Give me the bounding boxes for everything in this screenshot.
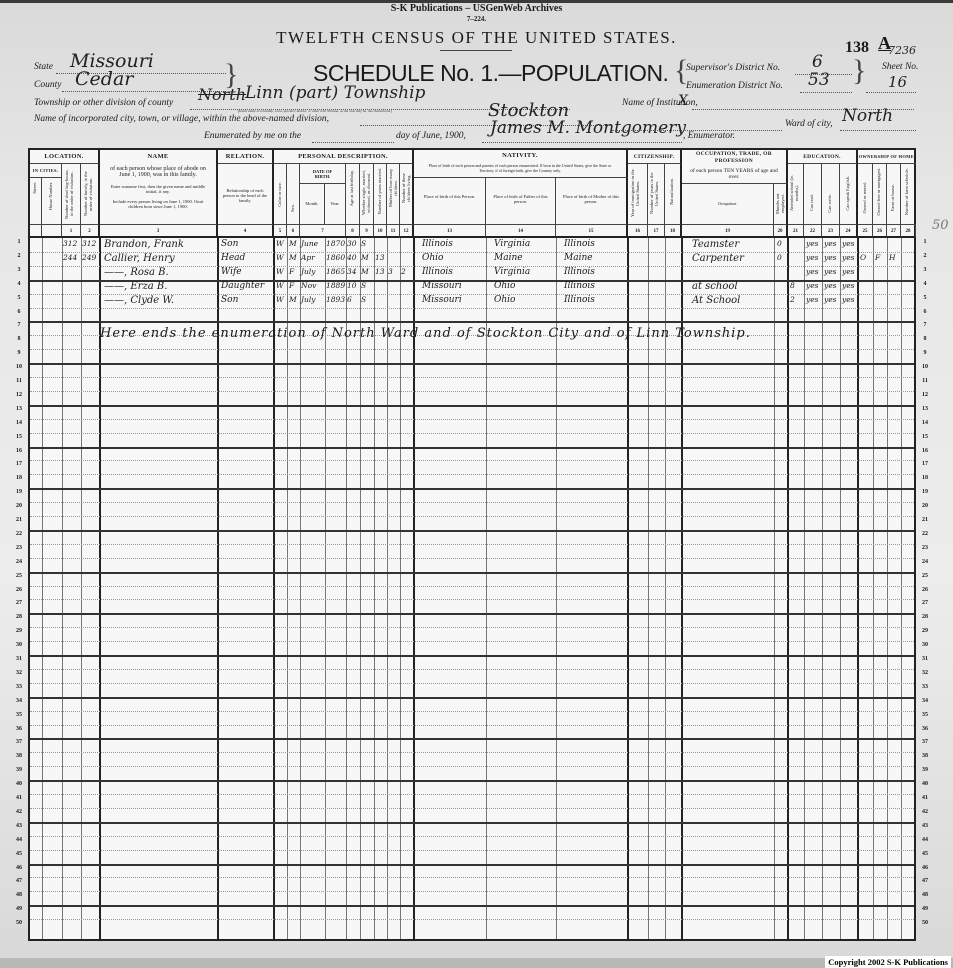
end-of-enumeration-note: Here ends the enumeration of North Ward … xyxy=(100,326,751,341)
margin-note: 50 xyxy=(932,218,949,233)
row-divider xyxy=(30,530,914,532)
row-divider xyxy=(30,864,914,866)
column-divider xyxy=(346,238,347,939)
cell-mother-of: 3 xyxy=(388,267,400,276)
line-number: 6 xyxy=(12,309,26,315)
cell-marital: S xyxy=(361,239,374,248)
column-number: 14 xyxy=(486,224,556,238)
line-number: 30 xyxy=(12,642,26,648)
enumeration-line xyxy=(800,91,852,93)
column-divider xyxy=(665,238,666,939)
ward-value: North xyxy=(842,106,893,126)
cell-birth-person: Ohio xyxy=(422,253,486,263)
cell-school: 8 xyxy=(790,281,804,290)
cell-month: June xyxy=(301,239,325,248)
cell-can-read: yes xyxy=(806,281,822,290)
age-header: Age at last birthday. xyxy=(346,164,360,224)
cell-year: 1893 xyxy=(326,295,346,304)
column-divider xyxy=(99,238,101,939)
line-number: 23 xyxy=(12,545,26,551)
line-number: 15 xyxy=(12,434,26,440)
day-line xyxy=(312,141,394,143)
in-cities-group: IN CITIES. xyxy=(30,164,62,178)
line-number: 17 xyxy=(918,461,932,467)
line-number: 39 xyxy=(12,767,26,773)
cell-month: Apr xyxy=(301,253,325,262)
cell-month: Nov xyxy=(301,281,325,290)
column-number: 27 xyxy=(887,224,901,238)
column-number: 25 xyxy=(858,224,873,238)
column-divider xyxy=(822,238,823,939)
cell-marital: S xyxy=(361,281,374,290)
line-number: 14 xyxy=(12,420,26,426)
free-mortgaged-header: Owned free or mortgaged. xyxy=(873,164,887,224)
line-number: 16 xyxy=(918,448,932,454)
row-divider xyxy=(30,544,914,545)
row-divider xyxy=(30,891,914,892)
year-header: Year. xyxy=(325,184,346,224)
cell-years-married: 13 xyxy=(375,267,387,276)
row-divider xyxy=(30,641,914,642)
relation-group: RELATION. xyxy=(218,150,274,164)
column-number: 9 xyxy=(360,224,374,238)
birth-father-header: Place of birth of Father of this person. xyxy=(486,178,556,224)
column-divider xyxy=(887,238,888,939)
line-number: 13 xyxy=(918,406,932,412)
row-divider xyxy=(30,377,914,378)
line-number: 34 xyxy=(12,698,26,704)
line-number: 36 xyxy=(12,726,26,732)
row-divider xyxy=(30,502,914,503)
cell-can-speak: yes xyxy=(842,253,858,262)
cell-occupation: Teamster xyxy=(692,239,774,250)
cell-year: 1870 xyxy=(326,239,346,248)
column-divider xyxy=(857,238,859,939)
month-header: Month. xyxy=(300,184,325,224)
line-number: 27 xyxy=(918,600,932,606)
line-number: 25 xyxy=(918,573,932,579)
cell-relation: Wife xyxy=(221,267,273,277)
location-group: LOCATION. xyxy=(30,150,100,164)
row-divider xyxy=(30,766,914,767)
farm-schedule-header: Number of farm schedule. xyxy=(901,164,916,224)
column-divider xyxy=(387,238,388,939)
column-number xyxy=(42,224,62,238)
row-divider xyxy=(30,460,914,461)
years-married-header: Number of years married. xyxy=(374,164,387,224)
column-number: 23 xyxy=(822,224,840,238)
ward-label: Ward of city, xyxy=(785,119,833,129)
cell-relation: Son xyxy=(221,295,273,305)
township-struck: North xyxy=(198,85,246,104)
line-number: 41 xyxy=(12,795,26,801)
line-number: 48 xyxy=(918,892,932,898)
sheet-line xyxy=(866,91,916,93)
line-number: 34 xyxy=(918,698,932,704)
cell-name: ——, Clyde W. xyxy=(104,295,216,306)
line-number: 44 xyxy=(12,837,26,843)
column-number: 21 xyxy=(788,224,804,238)
cell-dwelling: 244 xyxy=(63,253,81,262)
cell-sex: M xyxy=(289,295,300,304)
cell-birth-person: Missouri xyxy=(422,295,486,305)
row-divider xyxy=(30,919,914,920)
row-divider xyxy=(30,836,914,837)
row-divider xyxy=(30,474,914,475)
column-divider xyxy=(648,238,649,939)
line-number: 45 xyxy=(12,851,26,857)
enumerated-prefix: Enumerated by me on the xyxy=(204,131,301,141)
row-divider xyxy=(30,711,914,712)
line-number: 38 xyxy=(12,753,26,759)
row-divider xyxy=(30,349,914,350)
enumeration-value: 53 xyxy=(808,70,830,90)
row-divider xyxy=(30,363,914,365)
line-number: 43 xyxy=(918,823,932,829)
row-divider xyxy=(30,822,914,824)
column-divider xyxy=(627,238,629,939)
county-label: County xyxy=(34,80,61,90)
cell-can-write: yes xyxy=(824,295,840,304)
line-number: 29 xyxy=(918,628,932,634)
line-number: 39 xyxy=(918,767,932,773)
city-label: Name of incorporated city, town, or vill… xyxy=(34,114,329,124)
column-number: 11 xyxy=(387,224,400,238)
line-number: 49 xyxy=(918,906,932,912)
line-number: 6 xyxy=(918,309,932,315)
ownership-group: OWNERSHIP OF HOME. xyxy=(858,150,916,164)
column-number: 24 xyxy=(840,224,858,238)
cell-owned: O xyxy=(860,253,873,262)
county-value: Cedar xyxy=(75,68,133,90)
column-divider xyxy=(62,238,63,939)
column-number: 8 xyxy=(346,224,360,238)
birth-mother-header: Place of birth of Mother of this person. xyxy=(556,178,628,224)
census-sheet: S-K Publications – USGenWeb Archives 7–2… xyxy=(0,0,953,958)
line-number: 32 xyxy=(12,670,26,676)
cell-can-read: yes xyxy=(806,239,822,248)
line-number: 11 xyxy=(918,378,932,384)
column-divider xyxy=(486,238,487,939)
row-divider xyxy=(30,447,914,449)
owned-rented-header: Owned or rented. xyxy=(858,164,873,224)
cell-sex: M xyxy=(289,253,300,262)
line-number: 3 xyxy=(918,267,932,273)
column-number: 28 xyxy=(901,224,916,238)
population-table: LOCATION. IN CITIES. Street. House Numbe… xyxy=(28,148,916,941)
row-divider xyxy=(30,683,914,684)
cell-occupation: at school xyxy=(692,281,774,292)
line-number: 18 xyxy=(12,475,26,481)
row-divider xyxy=(30,738,914,740)
name-note-1: Enter surname first, then the given name… xyxy=(108,184,208,194)
stamp-number: 7236 xyxy=(888,44,916,57)
cell-color: W xyxy=(276,239,287,248)
column-divider xyxy=(374,238,375,939)
line-number: 21 xyxy=(12,517,26,523)
cell-marital: S xyxy=(361,295,374,304)
cell-year: 1889 xyxy=(326,281,346,290)
row-divider xyxy=(30,780,914,782)
enumerated-suffix: day of June, 1900, xyxy=(396,131,466,141)
column-number: 5 xyxy=(274,224,287,238)
cell-name: ——, Rosa B. xyxy=(104,267,216,278)
mother-of-header: Mother of how many children. xyxy=(387,164,400,224)
years-us-header: Number of years in the United States. xyxy=(648,164,665,224)
cell-months-unemployed: 0 xyxy=(777,253,787,262)
line-number: 10 xyxy=(918,364,932,370)
column-divider xyxy=(400,238,401,939)
line-number: 50 xyxy=(12,920,26,926)
months-unemployed-header: Months not employed. xyxy=(774,184,788,224)
can-write-header: Can write. xyxy=(822,164,840,224)
row-divider xyxy=(30,877,914,878)
line-number: 8 xyxy=(12,336,26,342)
cell-marital: M xyxy=(361,253,374,262)
cell-month: July xyxy=(301,295,325,304)
row-divider xyxy=(30,794,914,795)
line-number: 21 xyxy=(918,517,932,523)
citizenship-group: CITIZENSHIP. xyxy=(628,150,682,164)
column-divider xyxy=(217,238,219,939)
line-number: 45 xyxy=(918,851,932,857)
column-number: 13 xyxy=(414,224,486,238)
sex-header: Sex. xyxy=(287,164,300,224)
line-number: 22 xyxy=(12,531,26,537)
enumerator-label: , Enumerator. xyxy=(683,131,735,141)
row-divider xyxy=(30,516,914,517)
line-number: 30 xyxy=(918,642,932,648)
line-number: 35 xyxy=(12,712,26,718)
line-number: 31 xyxy=(918,656,932,662)
line-number: 2 xyxy=(918,253,932,259)
line-number: 23 xyxy=(918,545,932,551)
line-number: 31 xyxy=(12,656,26,662)
column-number: 22 xyxy=(804,224,822,238)
line-number: 49 xyxy=(12,906,26,912)
cell-birth-mother: Illinois xyxy=(564,267,626,277)
cell-farm: H xyxy=(889,253,901,262)
line-number: 32 xyxy=(918,670,932,676)
row-divider xyxy=(30,808,914,809)
row-divider xyxy=(30,669,914,670)
line-number: 19 xyxy=(12,489,26,495)
line-number: 47 xyxy=(12,878,26,884)
cell-years-married: 13 xyxy=(375,253,387,262)
row-divider xyxy=(30,405,914,407)
column-divider xyxy=(774,238,775,939)
farm-house-header: Farm or house. xyxy=(887,164,901,224)
line-number: 46 xyxy=(918,865,932,871)
cell-year: 1865 xyxy=(326,267,346,276)
cell-birth-father: Virginia xyxy=(494,239,556,249)
cell-can-speak: yes xyxy=(842,267,858,276)
cell-living: 2 xyxy=(401,267,413,276)
column-number: 7 xyxy=(300,224,346,238)
cell-birth-father: Virginia xyxy=(494,267,556,277)
supervisor-value: 6 xyxy=(812,52,823,72)
name-desc: of each person whose place of abode on J… xyxy=(108,166,208,178)
can-read-header: Can read. xyxy=(804,164,822,224)
line-number: 5 xyxy=(918,295,932,301)
line-number: 14 xyxy=(918,420,932,426)
supervisor-label: Supervisor's District No. xyxy=(686,63,780,73)
township-note: [Insert name of township, town, precinct… xyxy=(238,109,392,113)
line-number: 10 xyxy=(12,364,26,370)
line-number: 25 xyxy=(12,573,26,579)
line-number: 12 xyxy=(12,392,26,398)
column-divider xyxy=(413,238,415,939)
line-number: 26 xyxy=(918,587,932,593)
column-divider xyxy=(287,238,288,939)
cell-birth-person: Illinois xyxy=(422,239,486,249)
personal-description-group: PERSONAL DESCRIPTION. xyxy=(274,150,414,164)
cell-can-speak: yes xyxy=(842,295,858,304)
district-brace-right: } xyxy=(852,56,866,86)
relation-header: Relationship of each person to the head … xyxy=(218,164,274,224)
township-label: Township or other division of county xyxy=(34,98,173,108)
cell-can-read: yes xyxy=(806,267,822,276)
line-number: 46 xyxy=(12,865,26,871)
nativity-group: NATIVITY. xyxy=(414,150,628,162)
cell-can-speak: yes xyxy=(842,239,858,248)
line-number: 35 xyxy=(918,712,932,718)
color-header: Color or race. xyxy=(274,164,287,224)
enumerator-name: James M. Montgomery xyxy=(490,118,686,138)
line-number: 17 xyxy=(12,461,26,467)
cell-birth-mother: Maine xyxy=(564,253,626,263)
form-number: 7–224. xyxy=(0,15,953,23)
nativity-desc: Place of birth of each person and parent… xyxy=(414,162,628,178)
row-divider xyxy=(30,697,914,699)
row-divider xyxy=(30,850,914,851)
line-number: 33 xyxy=(918,684,932,690)
row-divider xyxy=(30,419,914,420)
title-rule xyxy=(440,50,512,51)
cell-family: 312 xyxy=(82,239,100,248)
column-divider xyxy=(325,238,326,939)
institution-value: X xyxy=(678,93,688,109)
row-divider xyxy=(30,599,914,600)
cell-can-write: yes xyxy=(824,267,840,276)
education-group: EDUCATION. xyxy=(788,150,858,164)
cell-can-speak: yes xyxy=(842,281,858,290)
cell-birth-mother: Illinois xyxy=(564,281,626,291)
cell-name: Callier, Henry xyxy=(104,253,216,264)
marital-header: Whether single, married, widowed, or div… xyxy=(360,164,374,224)
cell-birth-father: Ohio xyxy=(494,295,556,305)
line-number: 36 xyxy=(918,726,932,732)
column-number: 2 xyxy=(81,224,100,238)
cell-school: 2 xyxy=(790,295,804,304)
column-divider xyxy=(42,238,43,939)
row-divider xyxy=(30,488,914,490)
cell-can-write: yes xyxy=(824,253,840,262)
line-number: 42 xyxy=(12,809,26,815)
line-number: 28 xyxy=(12,614,26,620)
cell-year: 1860 xyxy=(326,253,346,262)
column-number: 20 xyxy=(774,224,788,238)
line-number: 22 xyxy=(918,531,932,537)
cell-age: 34 xyxy=(347,267,360,276)
cell-age: 30 xyxy=(347,239,360,248)
row-divider xyxy=(30,905,914,907)
street-header: Street. xyxy=(30,178,42,224)
cell-color: W xyxy=(276,295,287,304)
column-divider xyxy=(300,238,301,939)
column-number: 10 xyxy=(374,224,387,238)
column-number: 6 xyxy=(287,224,300,238)
column-number: 19 xyxy=(682,224,774,238)
line-number: 13 xyxy=(12,406,26,412)
publisher-line: S-K Publications – USGenWeb Archives xyxy=(0,3,953,14)
cell-free: F xyxy=(875,253,887,262)
row-divider xyxy=(30,558,914,559)
line-number: 1 xyxy=(918,239,932,245)
column-divider xyxy=(840,238,841,939)
occupation-header: Occupation. xyxy=(682,184,774,224)
cell-relation: Daughter xyxy=(221,281,273,291)
enumerator-line xyxy=(482,141,682,143)
naturalization-header: Naturalization. xyxy=(665,164,682,224)
line-number: 28 xyxy=(918,614,932,620)
column-divider xyxy=(873,238,874,939)
line-number: 26 xyxy=(12,587,26,593)
line-number: 44 xyxy=(918,837,932,843)
line-number: 3 xyxy=(12,267,26,273)
line-number: 40 xyxy=(12,781,26,787)
cell-can-read: yes xyxy=(806,295,822,304)
row-divider xyxy=(30,433,914,434)
line-number: 20 xyxy=(918,503,932,509)
dwelling-header: Number of dwelling-house, in the order o… xyxy=(62,164,81,224)
name-group: NAME xyxy=(100,150,218,164)
sheet-value: 16 xyxy=(888,73,907,91)
column-divider xyxy=(681,238,683,939)
column-divider xyxy=(273,238,275,939)
line-number: 27 xyxy=(12,600,26,606)
row-divider xyxy=(30,752,914,753)
row-divider xyxy=(30,321,914,323)
cell-name: ——, Erza B. xyxy=(104,281,216,292)
line-number: 38 xyxy=(918,753,932,759)
row-divider xyxy=(30,627,914,628)
row-divider xyxy=(30,655,914,657)
family-header: Number of family, in the order of visita… xyxy=(81,164,100,224)
column-divider xyxy=(556,238,557,939)
column-number: 26 xyxy=(873,224,887,238)
row-divider xyxy=(30,308,914,309)
column-divider xyxy=(804,238,805,939)
house-header: House Number. xyxy=(42,178,62,224)
dob-group: DATE OF BIRTH. xyxy=(300,164,346,184)
line-number: 24 xyxy=(918,559,932,565)
copyright-notice: Copyright 2002 S-K Publications xyxy=(825,956,951,968)
cell-occupation: At School xyxy=(692,295,774,306)
line-number: 47 xyxy=(918,878,932,884)
census-title: TWELFTH CENSUS OF THE UNITED STATES. xyxy=(0,28,953,48)
line-number: 24 xyxy=(12,559,26,565)
cell-occupation: Carpenter xyxy=(692,253,774,264)
children-living-header: Number of these children living. xyxy=(400,164,414,224)
cell-months-unemployed: 0 xyxy=(777,239,787,248)
enumeration-label: Enumeration District No. xyxy=(686,81,783,91)
cell-color: W xyxy=(276,267,287,276)
row-divider xyxy=(30,586,914,587)
cell-can-read: yes xyxy=(806,253,822,262)
line-number: 42 xyxy=(918,809,932,815)
line-number: 7 xyxy=(12,322,26,328)
